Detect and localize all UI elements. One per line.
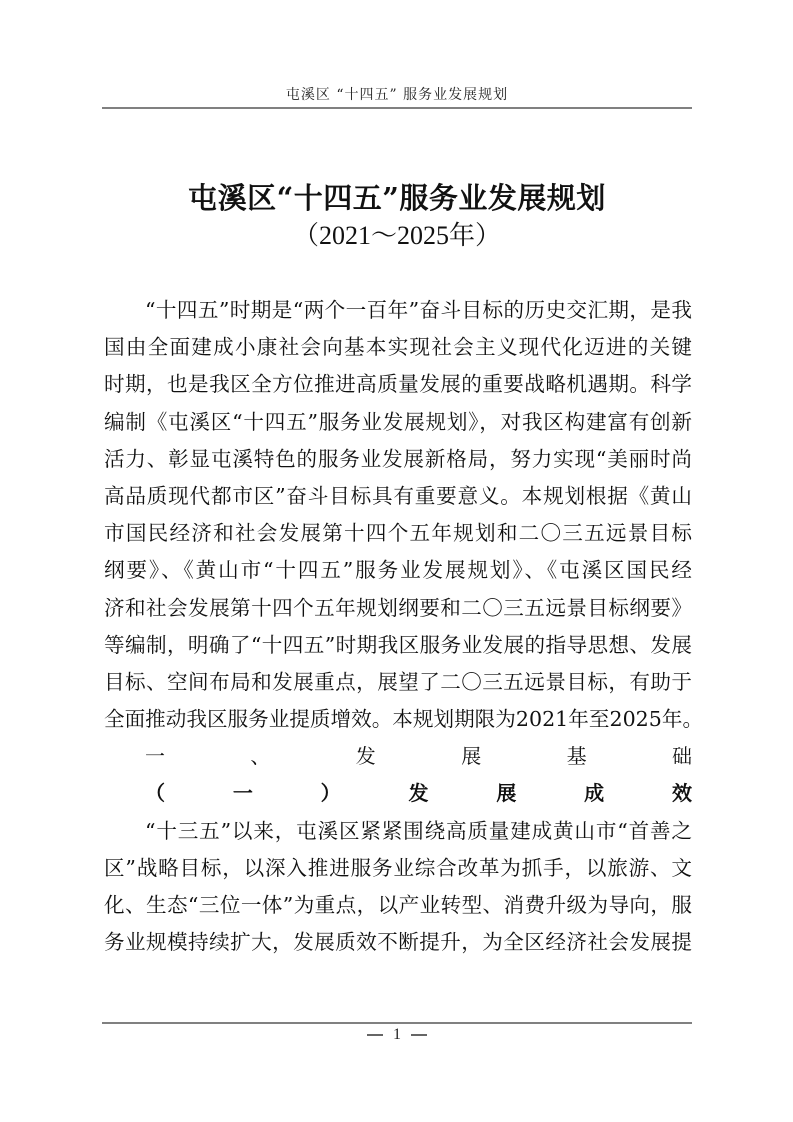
paragraph-line: 化、生态“三位一体”为重点，以产业转型、消费升级为导向，服 [104,887,692,924]
page-number: 1 [102,1026,692,1044]
document-title: 屯溪区“十四五”服务业发展规划 [102,180,692,216]
dash-decoration [367,1034,383,1036]
paragraph-line: 区”战略目标，以深入推进服务业综合改革为抓手，以旅游、文 [104,850,692,887]
header-rule [102,107,692,109]
paragraph-line: 纲要》、《黄山市“十四五”服务业发展规划》、《屯溪区国民经 [104,552,692,589]
subsection-heading: （一）发展成效 [104,775,692,812]
paragraph-line: 等编制，明确了“十四五”时期我区服务业发展的指导思想、发展 [104,627,692,664]
paragraph-line: 务业规模持续扩大，发展质效不断提升，为全区经济社会发展提 [104,924,692,961]
document-body: “十四五”时期是“两个一百年”奋斗目标的历史交汇期，是我 国由全面建成小康社会向… [104,292,692,961]
paragraph-line: 活力、彰显屯溪特色的服务业发展新格局，努力实现“美丽时尚 [104,441,692,478]
footer-rule [102,1022,692,1024]
page-number-value: 1 [393,1026,401,1043]
paragraph-line: 市国民经济和社会发展第十四个五年规划和二〇三五远景目标 [104,515,692,552]
dash-decoration [411,1034,427,1036]
paragraph-line: “十三五”以来，屯溪区紧紧围绕高质量建成黄山市“首善之 [104,813,692,850]
paragraph-line: 编制《屯溪区“十四五”服务业发展规划》，对我区构建富有创新 [104,404,692,441]
paragraph-line: 高品质现代都市区”奋斗目标具有重要意义。本规划根据《黄山 [104,478,692,515]
running-header: 屯溪区 “十四五” 服务业发展规划 [102,84,692,104]
paragraph-line: 国由全面建成小康社会向基本实现社会主义现代化迈进的关键 [104,329,692,366]
document-subtitle: （2021～2025年） [102,219,692,253]
paragraph-line: 时期，也是我区全方位推进高质量发展的重要战略机遇期。科学 [104,366,692,403]
section-heading: 一、发展基础 [104,738,692,775]
paragraph-line: “十四五”时期是“两个一百年”奋斗目标的历史交汇期，是我 [104,292,692,329]
paragraph-line: 目标、空间布局和发展重点，展望了二〇三五远景目标，有助于 [104,664,692,701]
paragraph-line: 济和社会发展第十四个五年规划纲要和二〇三五远景目标纲要》 [104,590,692,627]
paragraph-line: 全面推动我区服务业提质增效。本规划期限为2021年至2025年。 [104,701,692,738]
